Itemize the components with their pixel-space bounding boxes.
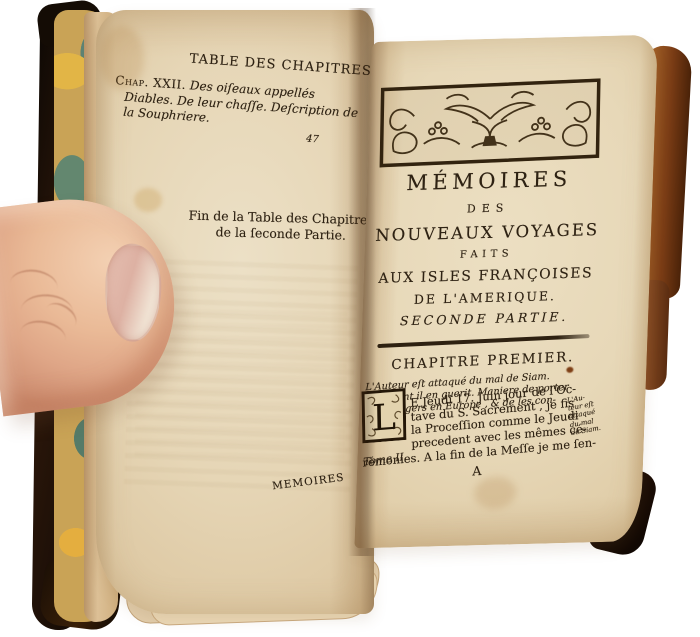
chapter-entry: Chap. XXII. Des oiſeaux appellés Diables… xyxy=(113,73,372,137)
foxing-corner xyxy=(100,26,144,90)
stain-lower xyxy=(474,476,517,509)
title-nouveaux-voyages: NOUVEAUX VOYAGES xyxy=(368,220,607,245)
horizontal-rule xyxy=(377,334,589,347)
entry-page-number: 47 xyxy=(306,134,319,146)
thumb xyxy=(0,188,186,417)
title-faits: FAITS xyxy=(367,246,605,263)
drop-cap-letter: L xyxy=(372,397,397,440)
right-page: MÉMOIRES DES NOUVEAUX VOYAGES FAITS AUX … xyxy=(354,35,658,549)
book-photo: TABLE DES CHAPITRES. Chap. XXII. Des oiſ… xyxy=(0,0,700,637)
title-block: MÉMOIRES DES NOUVEAUX VOYAGES FAITS AUX … xyxy=(365,166,608,329)
margin-note: L'Au- teur eſt attaqué du mal de Siam. xyxy=(567,388,618,437)
title-memoires: MÉMOIRES xyxy=(370,166,609,196)
headpiece-ornament xyxy=(379,78,600,168)
title-aux-isles: AUX ISLES FRANÇOISES xyxy=(366,265,605,287)
title-des: DES xyxy=(369,199,607,218)
fin-de-table: Fin de la Table des Chapitres de la ſeco… xyxy=(180,207,374,244)
table-heading: TABLE DES CHAPITRES. xyxy=(176,51,374,81)
headpiece-woodcut xyxy=(379,78,600,168)
title-seconde-partie: SECONDE PARTIE. xyxy=(365,308,604,329)
drop-cap: L xyxy=(361,388,406,443)
title-amerique: DE L'AMERIQUE. xyxy=(366,287,605,308)
